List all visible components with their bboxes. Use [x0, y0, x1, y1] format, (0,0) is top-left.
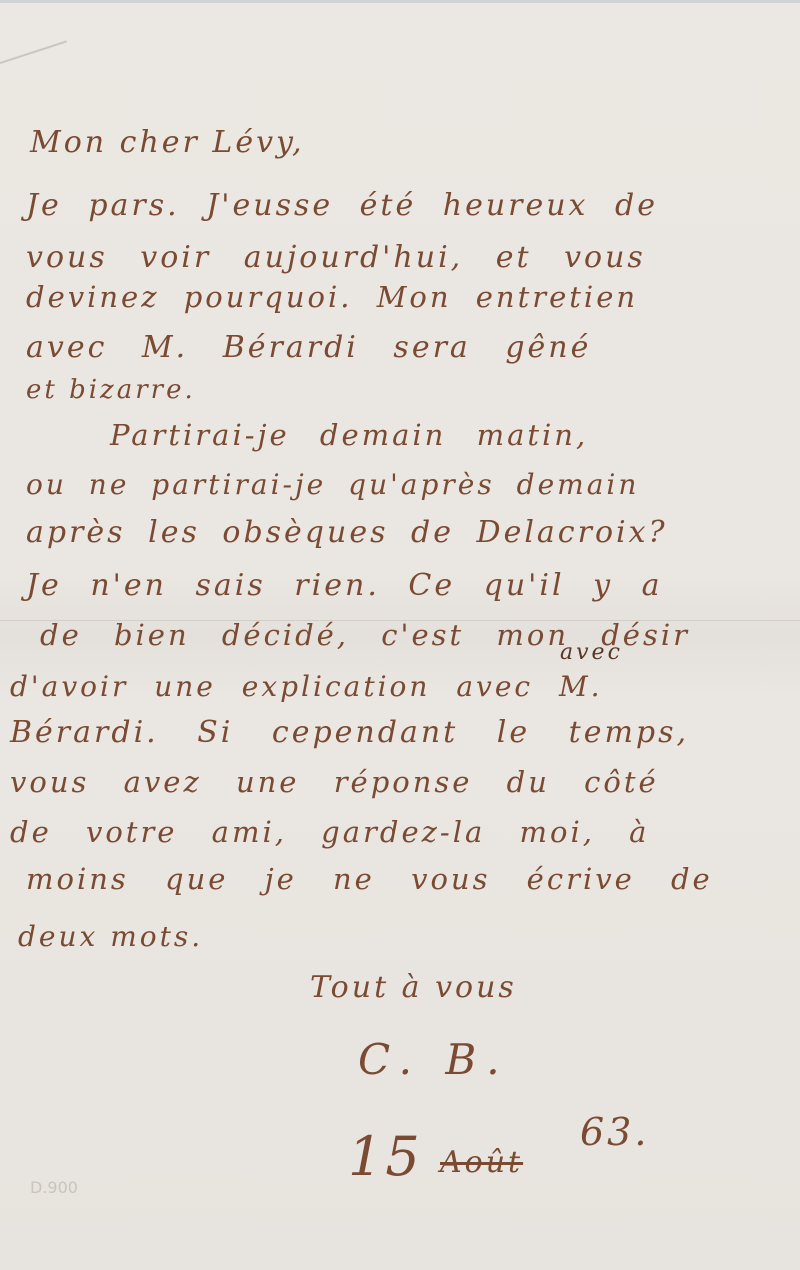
- salutation: Mon cher Lévy,: [30, 125, 305, 160]
- paper-top-edge: [0, 0, 800, 3]
- letter-page: Mon cher Lévy, Je pars. J'eusse été heur…: [0, 0, 800, 1270]
- body-line-13: vous avez une réponse du côté: [10, 765, 659, 799]
- insertion-above: avec: [560, 640, 623, 665]
- paper-corner-crease: [0, 40, 67, 64]
- body-line-12: Bérardi. Si cependant le temps,: [10, 715, 689, 750]
- closing: Tout à vous: [310, 970, 517, 1005]
- body-line-7: ou ne partirai-je qu'après demain: [26, 468, 639, 501]
- body-line-16: deux mots.: [18, 920, 203, 953]
- body-line-4: avec M. Bérardi sera gêné: [26, 330, 591, 365]
- signature: C. B.: [358, 1035, 510, 1084]
- pencil-inventory-note: D.900: [30, 1178, 78, 1197]
- body-line-2: vous voir aujourd'hui, et vous: [26, 240, 646, 275]
- body-line-5: et bizarre.: [26, 375, 196, 405]
- body-line-3: devinez pourquoi. Mon entretien: [26, 280, 638, 314]
- body-line-11: d'avoir une explication avec M.: [10, 670, 603, 703]
- date-year: 63.: [580, 1110, 649, 1154]
- body-line-15: moins que je ne vous écrive de: [26, 862, 713, 896]
- body-line-14: de votre ami, gardez-la moi, à: [10, 815, 649, 849]
- date-day: 15: [348, 1125, 423, 1188]
- body-line-1: Je pars. J'eusse été heureux de: [26, 188, 658, 223]
- body-line-8: après les obsèques de Delacroix?: [26, 515, 668, 550]
- body-line-6: Partirai-je demain matin,: [110, 418, 588, 452]
- date-month-struck: Août: [440, 1145, 523, 1180]
- body-line-9: Je n'en sais rien. Ce qu'il y a: [26, 568, 663, 603]
